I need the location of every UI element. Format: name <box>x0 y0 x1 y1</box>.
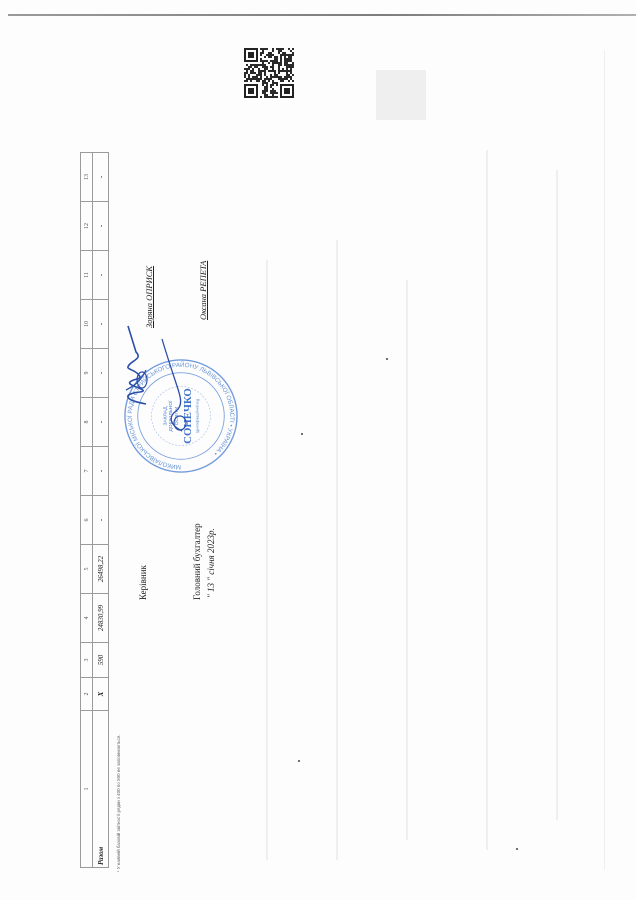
director-signature <box>116 320 156 410</box>
bleed-through <box>604 50 605 870</box>
accountant-label: Головний бухгалтер <box>192 523 202 600</box>
bleed-through <box>336 240 338 860</box>
accountant-name: Оксана РЕПЕТА <box>198 261 208 320</box>
bleed-through-qr <box>376 70 426 120</box>
scan-speck <box>298 760 300 762</box>
table-cell: - <box>93 447 109 496</box>
director-name: Зоряна ОПРИСК <box>144 266 154 328</box>
table-cell: X <box>93 678 109 711</box>
column-number: 2 <box>81 678 93 711</box>
report-table: 1 2 3 4 5 6 7 8 9 10 11 12 13 Разом X 59… <box>80 152 109 868</box>
column-number: 9 <box>81 349 93 398</box>
table-cell: - <box>93 398 109 447</box>
table-cell: - <box>93 300 109 349</box>
table-cell: 24830,99 <box>93 594 109 643</box>
qr-code <box>244 48 294 98</box>
director-label: Керівник <box>138 565 148 600</box>
total-row-label: Разом <box>93 711 109 868</box>
column-number: 3 <box>81 643 93 678</box>
column-number: 1 <box>81 711 93 868</box>
column-number: 13 <box>81 153 93 202</box>
table-cell: - <box>93 251 109 300</box>
table-cell: - <box>93 349 109 398</box>
bleed-through <box>486 150 488 850</box>
scan-speck <box>301 433 303 435</box>
rotated-document-page: 1 2 3 4 5 6 7 8 9 10 11 12 13 Разом X 59… <box>76 40 636 880</box>
scan-speck <box>516 848 518 850</box>
bleed-through <box>266 260 268 860</box>
column-number-row: 1 2 3 4 5 6 7 8 9 10 11 12 13 <box>81 153 93 868</box>
scan-speck <box>386 358 388 360</box>
table-cell: - <box>93 496 109 545</box>
column-number: 6 <box>81 496 93 545</box>
column-number: 8 <box>81 398 93 447</box>
footnote: ¹ У наявній базовій звітності рядки з 40… <box>116 735 121 872</box>
table-cell: - <box>93 202 109 251</box>
bleed-through <box>406 280 408 840</box>
column-number: 4 <box>81 594 93 643</box>
bleed-through <box>556 170 558 820</box>
column-number: 12 <box>81 202 93 251</box>
scan-edge-line <box>8 14 636 16</box>
column-number: 7 <box>81 447 93 496</box>
total-row: Разом X 590 24830,99 26498,22 - - - - - … <box>93 153 109 868</box>
column-number: 10 <box>81 300 93 349</box>
accountant-signature <box>156 335 196 435</box>
column-number: 11 <box>81 251 93 300</box>
svg-text:Ідентифікаційний код: Ідентифікаційний код <box>196 399 200 433</box>
table-cell: 26498,22 <box>93 545 109 594</box>
column-number: 5 <box>81 545 93 594</box>
table-cell: 590 <box>93 643 109 678</box>
table-cell: - <box>93 153 109 202</box>
document-date: " 13 " січня 2023р. <box>206 528 216 598</box>
